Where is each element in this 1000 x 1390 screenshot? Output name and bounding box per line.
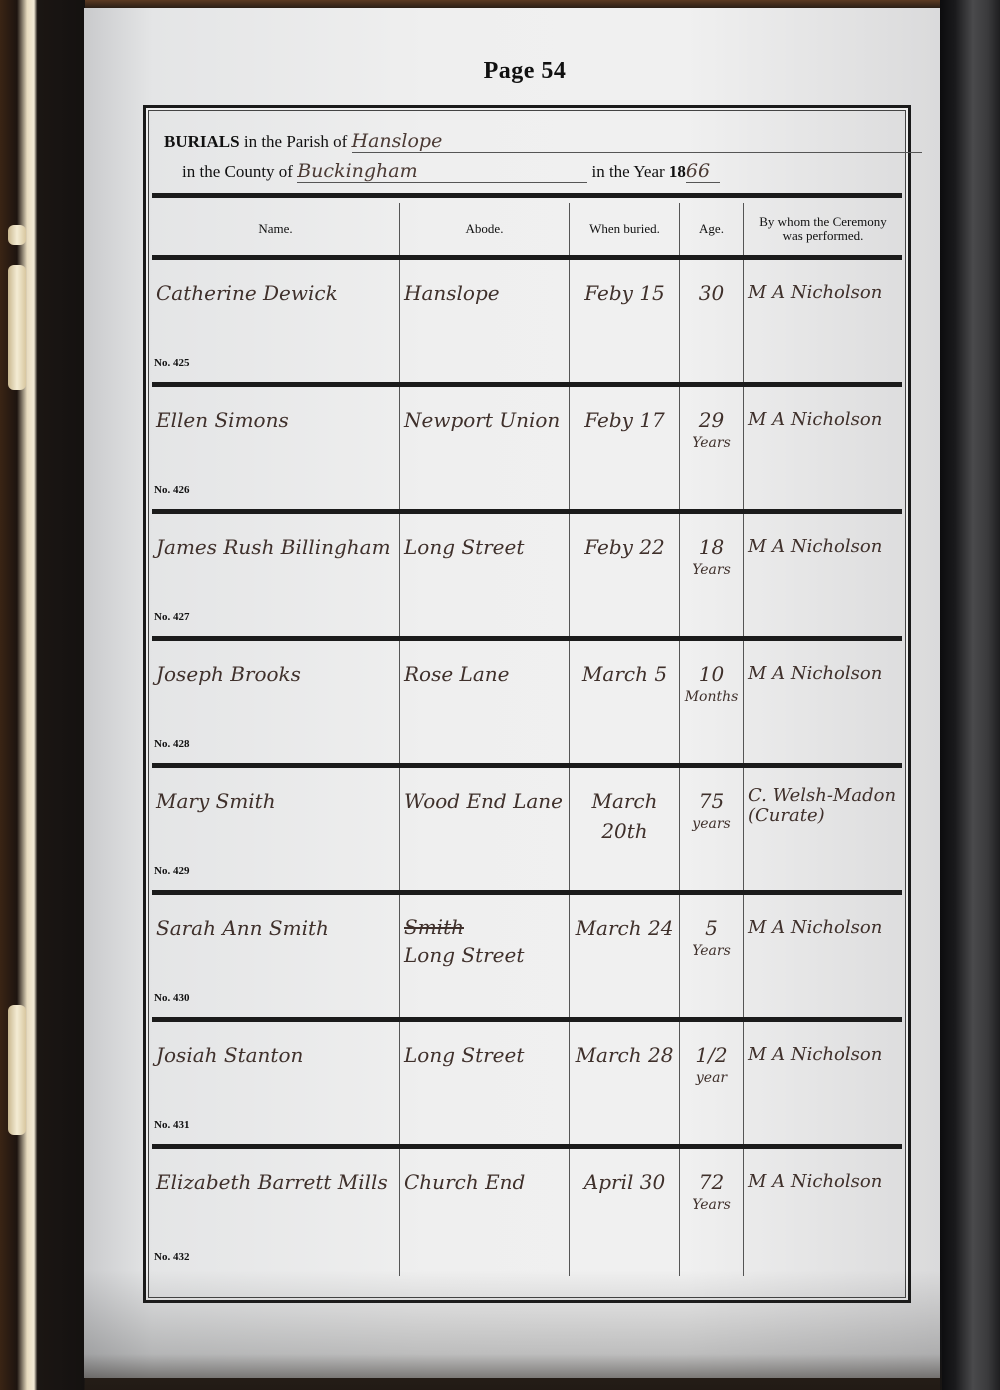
entry-number: No. 425 [154,348,189,378]
entry-abode: Church End [400,1149,570,1276]
parish-field: Hanslope [352,130,922,153]
column-header-age: Age. [680,203,744,255]
entry-age-unit: year [684,1070,739,1086]
entry-abode: Hanslope [400,260,570,382]
entry-name-text: Ellen Simons [156,408,289,432]
entry-name: James Rush Billingham No. 427 [152,514,400,636]
entry-name-text: Elizabeth Barrett Mills [156,1170,388,1194]
entry-number: No. 430 [154,983,189,1013]
entry-name-text: Mary Smith [156,789,276,813]
entry-age: 30 [680,260,744,382]
entry-age-value: 1/2 [695,1043,727,1067]
entry-name-text: Sarah Ann Smith [156,916,329,940]
entry-age-unit: Years [684,943,739,959]
county-line: in the County of Buckingham in the Year … [182,160,720,183]
entry-number: No. 432 [154,1242,189,1272]
paper-tab [8,265,26,390]
entry-officiant-text: M A Nicholson [748,917,882,938]
entry-age-unit: years [684,816,739,832]
entry-age: 5 Years [680,895,744,1017]
entry-age-unit: Years [684,1197,739,1213]
column-header-officiant: By whom the Ceremony was performed. [744,203,902,255]
burial-entry-row: Ellen Simons No. 426 Newport Union Feby … [152,387,902,514]
entry-name: Mary Smith No. 429 [152,768,400,890]
entry-abode-text: Hanslope [404,281,500,305]
entry-name: Elizabeth Barrett Mills No. 432 [152,1149,400,1276]
entry-age-value: 29 [699,408,724,432]
entry-number: No. 431 [154,1110,189,1140]
entry-age-value: 10 [699,662,724,686]
entry-officiant-text: M A Nicholson [748,1171,882,1192]
register-title: BURIALS in the Parish of Hanslope in the… [146,108,908,196]
entry-name: Josiah Stanton No. 431 [152,1022,400,1144]
entry-age-value: 5 [705,916,718,940]
entry-age-unit: Years [684,562,739,578]
entry-officiant: M A Nicholson [744,895,902,1017]
county-field: Buckingham [297,160,587,183]
burial-entry-row: James Rush Billingham No. 427 Long Stree… [152,514,902,641]
entry-age-unit: Years [684,435,739,451]
burial-register-table: BURIALS in the Parish of Hanslope in the… [143,105,911,1303]
column-header-row: Name. Abode. When buried. Age. By whom t… [152,203,902,255]
burial-entries: Catherine Dewick No. 425 Hanslope Feby 1… [152,260,902,1276]
column-header-abode: Abode. [400,203,570,255]
county-value: Buckingham [297,160,417,182]
entry-name: Joseph Brooks No. 428 [152,641,400,763]
parish-line: BURIALS in the Parish of Hanslope [164,130,922,153]
entry-abode-text: Long Street [404,943,524,967]
entry-when-buried: Feby 17 [570,387,680,509]
entry-when-buried: Feby 15 [570,260,680,382]
county-label: in the County of [182,162,293,181]
entry-officiant-text: M A Nicholson [748,536,882,557]
entry-officiant: M A Nicholson [744,387,902,509]
entry-officiant-text: M A Nicholson [748,409,882,430]
entry-age-unit: Months [684,689,739,705]
entry-number: No. 429 [154,856,189,886]
book-top-edge [0,0,1000,8]
burial-entry-row: Josiah Stanton No. 431 Long Street March… [152,1022,902,1149]
entry-when-text: March 24 [576,916,674,940]
entry-age: 75 years [680,768,744,890]
entry-abode-struck: Smith [404,913,565,941]
entry-officiant-text: M A Nicholson [748,663,882,684]
entry-officiant: M A Nicholson [744,1149,902,1276]
entry-number: No. 427 [154,602,189,632]
entry-age: 18 Years [680,514,744,636]
entry-officiant: C. Welsh-Madon (Curate) [744,768,902,890]
entry-when-buried: Feby 22 [570,514,680,636]
entry-age-value: 30 [699,281,724,305]
entry-abode: Long Street [400,514,570,636]
parish-label: in the Parish of [244,132,347,151]
entry-when-text: March 5 [582,662,667,686]
entry-when-buried: April 30 [570,1149,680,1276]
entry-age-value: 75 [699,789,724,813]
entry-officiant-text: C. Welsh-Madon (Curate) [748,785,896,826]
entry-abode-text: Newport Union [404,408,560,432]
entry-age: 10 Months [680,641,744,763]
entry-when-text: April 30 [584,1170,665,1194]
entry-officiant: M A Nicholson [744,1022,902,1144]
entry-name-text: James Rush Billingham [156,535,391,559]
entry-when-text: March 20th [591,789,657,843]
entry-officiant-text: M A Nicholson [748,282,882,303]
column-header-when-buried: When buried. [570,203,680,255]
entry-when-buried: March 20th [570,768,680,890]
entry-when-text: Feby 22 [584,535,665,559]
entry-age-value: 72 [699,1170,724,1194]
entry-when-buried: March 5 [570,641,680,763]
book-binding-left [0,0,85,1390]
entry-abode: Smith Long Street [400,895,570,1017]
entry-when-buried: March 28 [570,1022,680,1144]
entry-when-text: Feby 17 [584,408,665,432]
entry-abode: Wood End Lane [400,768,570,890]
paper-tab [8,225,26,245]
entry-name: Sarah Ann Smith No. 430 [152,895,400,1017]
entry-name: Ellen Simons No. 426 [152,387,400,509]
year-field: 66 [686,160,720,183]
column-header-name: Name. [152,203,400,255]
entry-abode: Long Street [400,1022,570,1144]
entry-age: 29 Years [680,387,744,509]
entry-age: 1/2 year [680,1022,744,1144]
entry-age: 72 Years [680,1149,744,1276]
entry-name: Catherine Dewick No. 425 [152,260,400,382]
year-label: in the Year [591,162,664,181]
year-printed: 18 [669,162,686,181]
entry-number: No. 426 [154,475,189,505]
burial-entry-row: Mary Smith No. 429 Wood End Lane March 2… [152,768,902,895]
year-value: 66 [686,160,710,182]
entry-when-text: Feby 15 [584,281,665,305]
entry-officiant: M A Nicholson [744,514,902,636]
burials-heading: BURIALS [164,132,240,151]
entry-name-text: Joseph Brooks [156,662,301,686]
entry-when-buried: March 24 [570,895,680,1017]
page-shadow [84,1270,942,1390]
burial-entry-row: Elizabeth Barrett Mills No. 432 Church E… [152,1149,902,1276]
paper-tab [8,1005,26,1135]
divider [152,193,902,198]
entry-number: No. 428 [154,729,189,759]
entry-abode: Rose Lane [400,641,570,763]
entry-name-text: Josiah Stanton [156,1043,303,1067]
entry-abode-text: Wood End Lane [404,789,563,813]
entry-when-text: March 28 [576,1043,674,1067]
entry-abode-text: Rose Lane [404,662,509,686]
entry-abode-text: Church End [404,1170,525,1194]
entry-age-value: 18 [699,535,724,559]
burial-entry-row: Joseph Brooks No. 428 Rose Lane March 5 … [152,641,902,768]
entry-abode-text: Long Street [404,1043,524,1067]
entry-abode-text: Long Street [404,535,524,559]
entry-name-text: Catherine Dewick [156,281,338,305]
page-number: Page 54 [0,58,1000,85]
entry-abode: Newport Union [400,387,570,509]
parish-value: Hanslope [352,130,443,152]
entry-officiant: M A Nicholson [744,260,902,382]
book-binding-right [940,0,1000,1390]
burial-entry-row: Sarah Ann Smith No. 430 Smith Long Stree… [152,895,902,1022]
entry-officiant-text: M A Nicholson [748,1044,882,1065]
entry-officiant: M A Nicholson [744,641,902,763]
burial-entry-row: Catherine Dewick No. 425 Hanslope Feby 1… [152,260,902,387]
